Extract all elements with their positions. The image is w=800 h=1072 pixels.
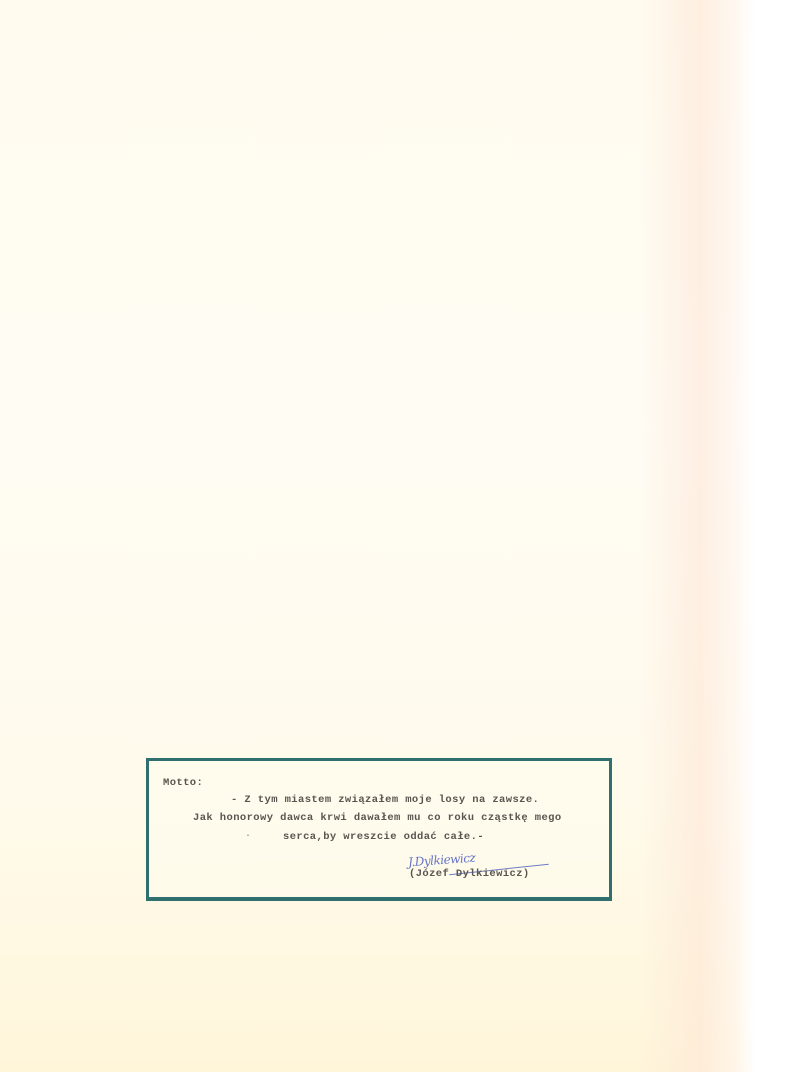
motto-box: Motto: - Z tym miastem związałem moje lo… [146, 758, 612, 901]
motto-line-2: Jak honorowy dawca krwi dawałem mu co ro… [193, 812, 562, 824]
motto-line-3: serca,by wreszcie oddać całe.- [283, 831, 484, 843]
handwritten-signature: J.Dylkiewicz [408, 851, 476, 870]
scanned-page: Motto: - Z tym miastem związałem moje lo… [0, 0, 800, 1072]
stray-dot: · [245, 831, 251, 842]
motto-label: Motto: [163, 777, 203, 789]
author-name: (Józef Dylkiewicz) [409, 868, 530, 880]
motto-line-1: - Z tym miastem związałem moje losy na z… [231, 794, 539, 806]
